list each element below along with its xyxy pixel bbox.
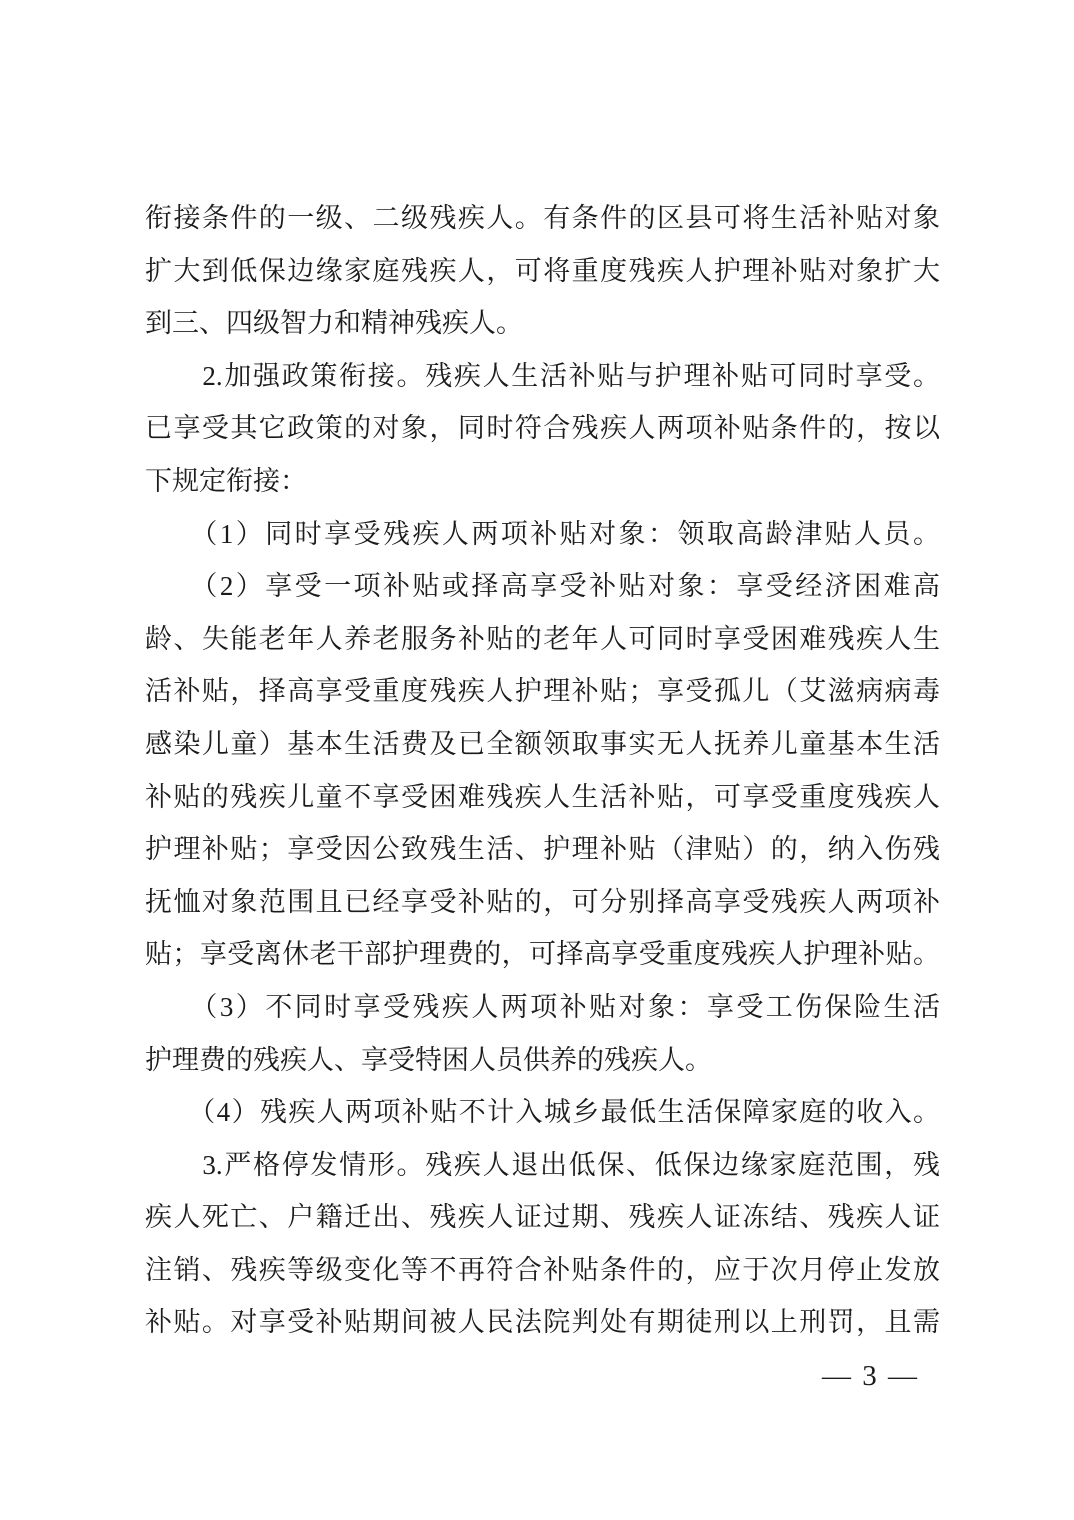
document-page: 衔接条件的一级、二级残疾人。有条件的区县可将生活补贴对象扩大到低保边缘家庭残疾人… — [0, 0, 1074, 1520]
text-line: 下规定衔接： — [145, 455, 940, 508]
text-line: 到三、四级智力和精神残疾人。 — [145, 297, 940, 350]
text-line: 抚恤对象范围且已经享受补贴的，可分别择高享受残疾人两项补 — [145, 876, 940, 929]
text-line: 护理费的残疾人、享受特困人员供养的残疾人。 — [145, 1034, 940, 1087]
text-line: 已享受其它政策的对象，同时符合残疾人两项补贴条件的，按以 — [145, 402, 940, 455]
text-line: 贴；享受离休老干部护理费的，可择高享受重度残疾人护理补贴。 — [145, 928, 940, 981]
text-line: 感染儿童）基本生活费及已全额领取事实无人抚养儿童基本生活 — [145, 718, 940, 771]
text-line: （4）残疾人两项补贴不计入城乡最低生活保障家庭的收入。 — [145, 1086, 940, 1139]
page-number: — 3 — — [822, 1358, 919, 1394]
text-block: 衔接条件的一级、二级残疾人。有条件的区县可将生活补贴对象扩大到低保边缘家庭残疾人… — [145, 192, 940, 1349]
text-line: （3）不同时享受残疾人两项补贴对象：享受工伤保险生活 — [145, 981, 940, 1034]
text-line: 补贴的残疾儿童不享受困难残疾人生活补贴，可享受重度残疾人 — [145, 771, 940, 824]
text-line: （2）享受一项补贴或择高享受补贴对象：享受经济困难高 — [145, 560, 940, 613]
text-line: 扩大到低保边缘家庭残疾人，可将重度残疾人护理补贴对象扩大 — [145, 245, 940, 298]
text-line: 3.严格停发情形。残疾人退出低保、低保边缘家庭范围，残 — [145, 1139, 940, 1192]
text-line: 活补贴，择高享受重度残疾人护理补贴；享受孤儿（艾滋病病毒 — [145, 665, 940, 718]
text-line: 注销、残疾等级变化等不再符合补贴条件的，应于次月停止发放 — [145, 1244, 940, 1297]
text-line: 补贴。对享受补贴期间被人民法院判处有期徒刑以上刑罚，且需 — [145, 1296, 940, 1349]
text-line: 龄、失能老年人养老服务补贴的老年人可同时享受困难残疾人生 — [145, 613, 940, 666]
text-line: 2.加强政策衔接。残疾人生活补贴与护理补贴可同时享受。 — [145, 350, 940, 403]
text-line: 护理补贴；享受因公致残生活、护理补贴（津贴）的，纳入伤残 — [145, 823, 940, 876]
text-line: 疾人死亡、户籍迁出、残疾人证过期、残疾人证冻结、残疾人证 — [145, 1191, 940, 1244]
text-line: 衔接条件的一级、二级残疾人。有条件的区县可将生活补贴对象 — [145, 192, 940, 245]
text-line: （1）同时享受残疾人两项补贴对象：领取高龄津贴人员。 — [145, 508, 940, 561]
